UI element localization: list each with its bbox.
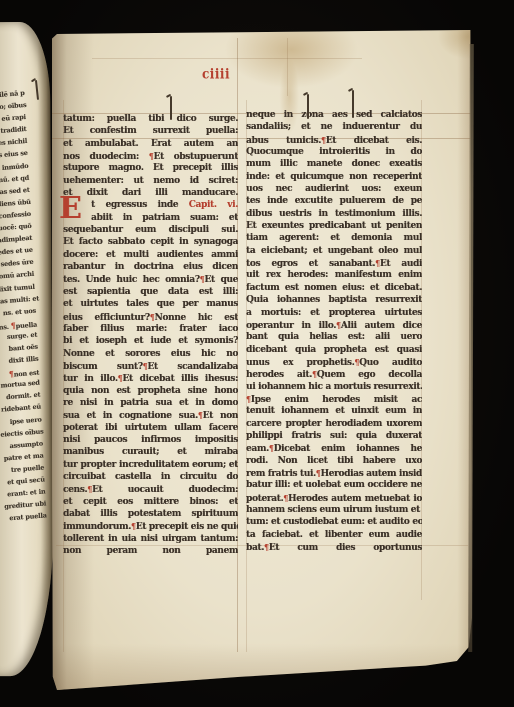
text-column-left: E tatum: puella tibi dico surge.Et confe… xyxy=(63,114,238,558)
text-line: carcere propter herodiadem uxorem xyxy=(246,419,422,431)
text-line: herodes ait.¶Quem ego decolla xyxy=(246,369,422,381)
text-line: tes. Unde huic hec omnia?¶Et que xyxy=(63,274,238,286)
text-line: tes inde excutite puluerem de pe xyxy=(246,196,422,208)
text-line: tenuit iohannem et uinxit eum in xyxy=(246,406,422,418)
pilcrow-mark: ¶ xyxy=(118,373,123,383)
text-line: biscum sunt?¶Et scandalizaba xyxy=(63,361,238,373)
text-line: dibus uestris in testimonium illis. xyxy=(246,209,422,221)
pilcrow-mark: ¶ xyxy=(131,521,136,531)
facing-page-text: quilē nā par illo; oībusur. eū rapiet tr… xyxy=(0,88,54,527)
text-line: hannem sciens eum uirum iustum et sanc xyxy=(246,505,422,517)
text-line: poterat ibi uirtutem ullam facere xyxy=(63,423,238,435)
manuscript-page: ciiii E tatum: puella tibi dico surge.Et… xyxy=(52,30,472,690)
text-line: eam.¶Dicebat enim iohannes he xyxy=(246,443,422,455)
text-line: faber filius marie: frater iaco xyxy=(63,324,238,336)
pilcrow-mark: ¶ xyxy=(149,151,154,161)
pilcrow-mark: ¶ xyxy=(264,542,269,552)
text-line: a mortuis: et propterea uirtutes xyxy=(246,308,422,320)
text-line: bat.¶Et cum dies oportunus xyxy=(246,542,422,554)
pilcrow-mark: ¶ xyxy=(200,274,205,284)
text-line: uit rex herodes: manifestum enim xyxy=(246,270,422,282)
text-line: batur illi: et uolebat eum occidere ne xyxy=(246,480,422,492)
text-line: et cepit eos mittere binos: et xyxy=(63,497,238,509)
text-line: bi et ioseph et iude et symonis? xyxy=(63,336,238,348)
text-line: re nisi in patria sua et in domo xyxy=(63,398,238,410)
text-line: tum: et custodiebat eum: et audito eo mu… xyxy=(246,517,422,529)
chapter-initial: E xyxy=(59,196,86,222)
text-line: abiit in patriam suam: et xyxy=(63,213,238,225)
pilcrow-mark: ¶ xyxy=(312,369,317,379)
text-line: rabantur in doctrina eius dicen xyxy=(63,262,238,274)
pilcrow-mark: ¶ xyxy=(150,312,155,322)
text-line: ui iohannem hic a mortuis resurrexit. xyxy=(246,382,422,394)
text-line: tur in illo.¶Et dicebat illis ihesus: xyxy=(63,373,238,385)
text-line: cens.¶Et uocauit duodecim: xyxy=(63,484,238,496)
text-line: docere: et multi audientes ammi xyxy=(63,250,238,262)
text-line: sandaliis; et ne induerentur du xyxy=(246,122,422,134)
text-line: tiam agerent: et demonia mul xyxy=(246,233,422,245)
text-line: factum est nomen eius: et dicebat. xyxy=(246,283,422,295)
text-line: uehementer: ut nemo id sciret: xyxy=(63,176,238,188)
text-line: nisi paucos infirmos impositis xyxy=(63,435,238,447)
text-line: dicebant quia propheta est quasi xyxy=(246,345,422,357)
ruling-line xyxy=(92,58,362,59)
ascender-flourish-icon xyxy=(170,96,172,120)
text-line: dabat illis potestatem spirituum xyxy=(63,509,238,521)
text-line: ta faciebat. et libenter eum audie xyxy=(246,530,422,542)
pilcrow-mark: ¶ xyxy=(143,361,148,371)
pilcrow-mark: ¶ xyxy=(336,320,341,330)
text-column-right: neque in zona aes sed calciatossandaliis… xyxy=(246,110,422,554)
text-line: uos nec audierint uos: exeun xyxy=(246,184,422,196)
book-fore-edge xyxy=(468,44,474,652)
text-line: unus ex prophetis.¶Quo audito xyxy=(246,357,422,369)
pilcrow-mark: ¶ xyxy=(198,410,203,420)
text-line: et dixit dari illi manducare. xyxy=(63,188,238,200)
pilcrow-mark: ¶ xyxy=(316,468,321,478)
text-line: inde: et quicumque non receperint xyxy=(246,172,422,184)
text-line: sua et in cognatione sua.¶Et non xyxy=(63,410,238,422)
pilcrow-mark: ¶ xyxy=(354,357,359,367)
ascender-flourish-icon xyxy=(307,94,309,119)
text-line: Nonne et sorores eius hic no xyxy=(63,349,238,361)
text-line: Quocumque introieritis in do xyxy=(246,147,422,159)
text-line: eius efficiuntur?¶Nonne hic est xyxy=(63,312,238,324)
text-line: operantur in illo.¶Alii autem dice xyxy=(246,320,422,332)
ascender-flourish-icon xyxy=(352,90,354,118)
text-line: bant quia helias est: alii uero xyxy=(246,332,422,344)
ruling-line xyxy=(287,38,288,96)
chapter-rubric: Capit. vi. xyxy=(178,200,238,210)
pilcrow-mark: ¶ xyxy=(246,394,251,404)
text-line: quia non est propheta sine hono xyxy=(63,386,238,398)
text-line: et ambulabat. Erat autem an xyxy=(63,139,238,151)
text-line: non peram non panem xyxy=(63,546,238,558)
text-line: manibus curauit; et miraba xyxy=(63,447,238,459)
pilcrow-mark: ¶ xyxy=(321,135,326,145)
text-line: t egressus inde Capit. vi. xyxy=(63,200,238,212)
pilcrow-mark: ¶ xyxy=(87,484,92,494)
text-line: tur propter incredulitatem eorum; et xyxy=(63,460,238,472)
text-line: mum illic manete donec exeatis xyxy=(246,159,422,171)
pilcrow-mark: ¶ xyxy=(10,320,15,330)
text-line: rodi. Non licet tibi habere uxo xyxy=(246,456,422,468)
text-line: poterat.¶Herodes autem metuebat io xyxy=(246,493,422,505)
text-line: Et exeuntes predicabant ut peniten xyxy=(246,221,422,233)
text-line: neque in zona aes sed calciatos xyxy=(246,110,422,122)
text-line: ta eiciebant; et ungebant oleo mul xyxy=(246,246,422,258)
facing-page-edge: quilē nā par illo; oībusur. eū rapiet tr… xyxy=(0,22,54,676)
text-line: tos egros et sanabant.¶Et audi xyxy=(246,258,422,270)
manuscript-photo: quilē nā par illo; oībusur. eū rapiet tr… xyxy=(0,0,514,707)
pilcrow-mark: ¶ xyxy=(9,369,14,379)
text-line: est sapientia que data est illi: xyxy=(63,287,238,299)
text-line: abus tunicis.¶Et dicebat eis. xyxy=(246,135,422,147)
pilcrow-mark: ¶ xyxy=(283,493,288,503)
text-line: et uirtutes tales que per manus xyxy=(63,299,238,311)
text-line: rem fratris tui.¶Herodias autem insidia xyxy=(246,468,422,480)
text-line: erat puella xyxy=(5,511,54,527)
text-line: tollerent in uia nisi uirgam tantum: xyxy=(63,534,238,546)
text-line: stupore magno. Et precepit illis xyxy=(63,163,238,175)
text-line: tatum: puella tibi dico surge. xyxy=(63,114,238,126)
text-line: philippi fratris sui: quia duxerat xyxy=(246,431,422,443)
pilcrow-mark: ¶ xyxy=(269,443,274,453)
text-line: immundorum.¶Et precepit eis ne quid xyxy=(63,521,238,533)
running-head: ciiii xyxy=(202,66,230,82)
text-line: ¶Ipse enim herodes misit ac xyxy=(246,394,422,406)
pilcrow-mark: ¶ xyxy=(375,258,380,268)
text-line: circuibat castella in circuitu do xyxy=(63,472,238,484)
text-line: Quia iohannes baptista resurrexit xyxy=(246,295,422,307)
text-line: nos duodecim: ¶Et obstupuerunt xyxy=(63,151,238,163)
text-line: sequebantur eum discipuli sui. xyxy=(63,225,238,237)
text-line: Et confestim surrexit puella: xyxy=(63,126,238,138)
text-line: Et facto sabbato cepit in synagoga xyxy=(63,237,238,249)
